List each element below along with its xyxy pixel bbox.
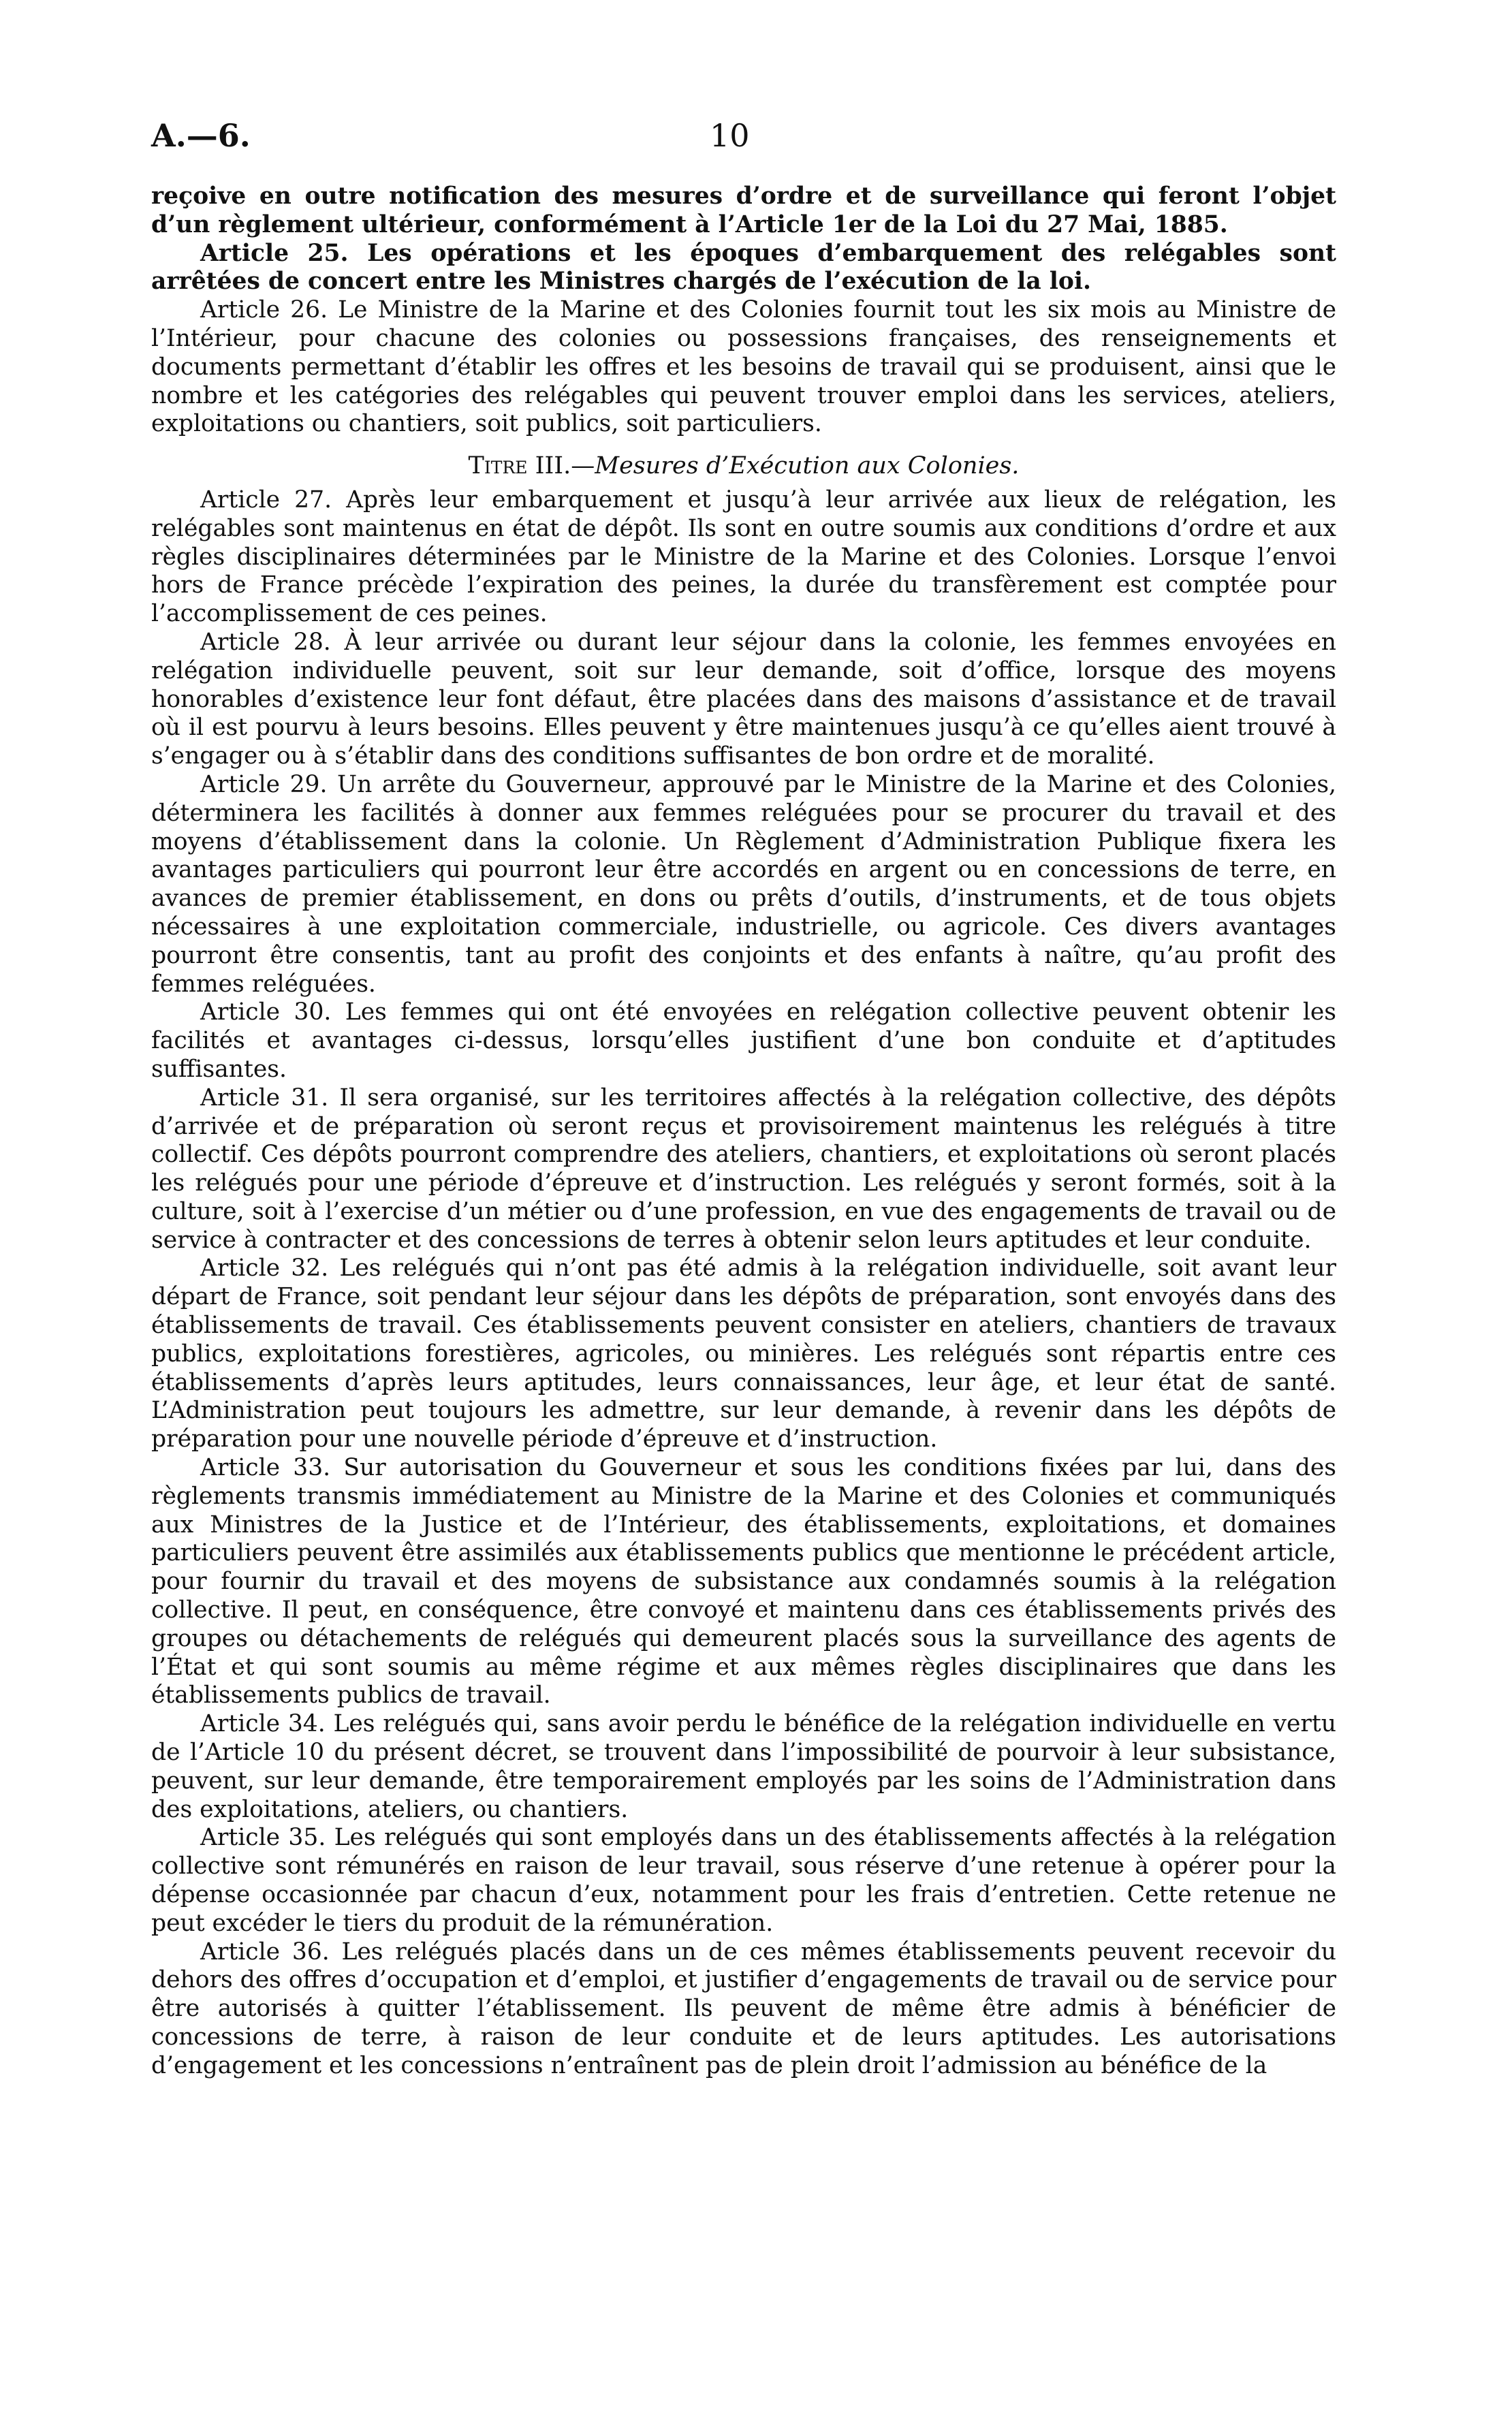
article-30: Article 30. Les femmes qui ont été envoy… (151, 998, 1336, 1084)
article-32: Article 32. Les relégués qui n’ont pas é… (151, 1255, 1336, 1454)
section-title-text: Mesures d’Exécution aux Colonies. (595, 452, 1019, 479)
section-title: Titre III.—Mesures d’Exécution aux Colon… (151, 452, 1336, 481)
article-28: Article 28. À leur arrivée ou durant leu… (151, 629, 1336, 771)
article-26: Article 26. Le Ministre de la Marine et … (151, 296, 1336, 439)
article-36: Article 36. Les relégués placés dans un … (151, 1938, 1336, 2081)
document-body: reçoive en outre notification des mesure… (151, 183, 1336, 2081)
running-head: A.—6. (151, 117, 251, 154)
article-31: Article 31. Il sera organisé, sur les te… (151, 1084, 1336, 1255)
section-title-prefix: Titre III.— (469, 452, 595, 479)
article-34: Article 34. Les relégués qui, sans avoir… (151, 1710, 1336, 1824)
article-33: Article 33. Sur autorisation du Gouverne… (151, 1454, 1336, 1710)
article-27: Article 27. Après leur embarquement et j… (151, 486, 1336, 629)
article-29: Article 29. Un arrête du Gouverneur, app… (151, 771, 1336, 998)
page-number: 10 (710, 117, 750, 154)
article-25: Article 25. Les opérations et les époque… (151, 240, 1336, 297)
page-header: A.—6. 10 (151, 117, 1336, 158)
paragraph-continuation: reçoive en outre notification des mesure… (151, 183, 1336, 240)
article-35: Article 35. Les relégués qui sont employ… (151, 1824, 1336, 1938)
